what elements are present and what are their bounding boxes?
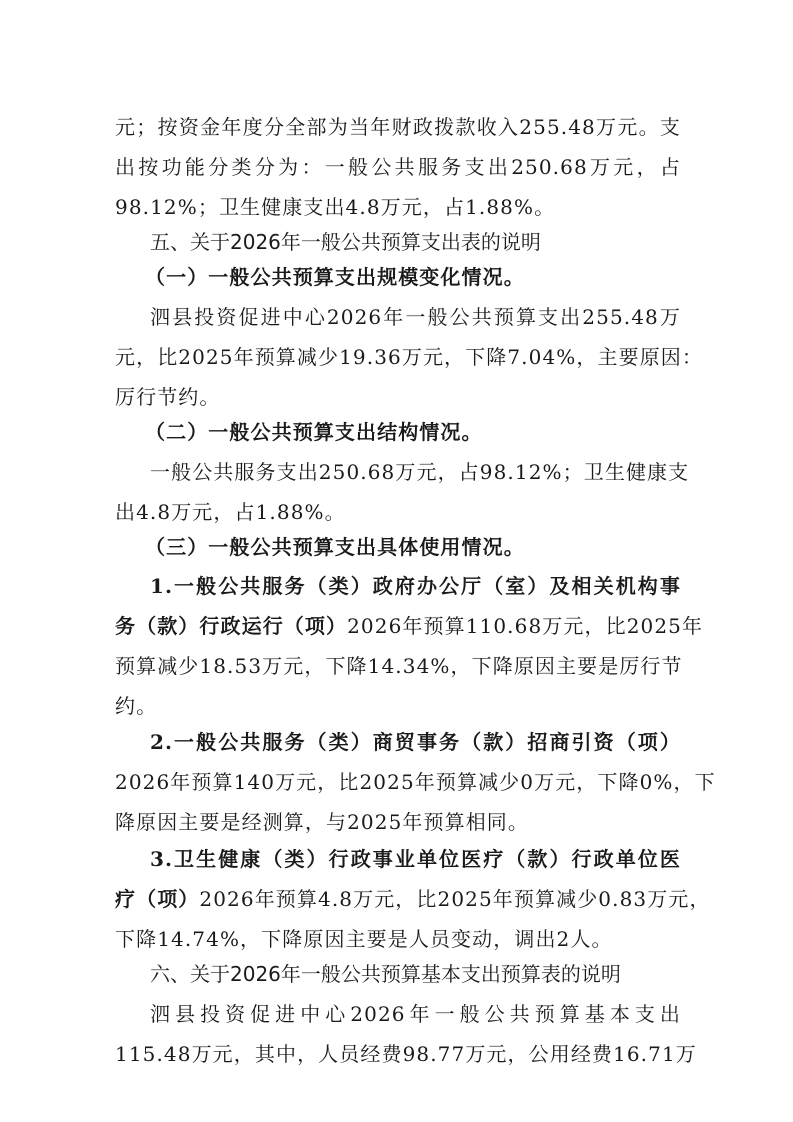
paragraph-line: 降原因主要是经测算，与2025年预算相同。 xyxy=(115,808,681,836)
paragraph-line: 98.12%；卫生健康支出4.8万元，占1.88%。 xyxy=(115,193,681,221)
paragraph-line: 下降14.74%，下降原因主要是人员变动，调出2人。 xyxy=(115,925,681,953)
item-heading-continued: 疗（项） xyxy=(115,887,199,911)
subsection-heading: （一）一般公共预算支出规模变化情况。 xyxy=(145,263,676,291)
item-heading: 2.一般公共服务（类）商贸事务（款）招商引资（项） xyxy=(150,728,681,756)
item-heading: 3.卫生健康（类）行政事业单位医疗（款）行政单位医 xyxy=(150,845,681,873)
item-heading: 1.一般公共服务（类）政府办公厅（室）及相关机构事 xyxy=(150,572,681,600)
paragraph-line: 元，比2025年预算减少19.36万元，下降7.04%，主要原因： xyxy=(115,343,681,371)
paragraph-line: 元；按资金年度分全部为当年财政拨款收入255.48万元。支 xyxy=(115,113,681,141)
paragraph-line: 约。 xyxy=(115,692,681,720)
item-text: 2026年预算110.68万元，比2025年 xyxy=(347,614,703,638)
subsection-heading: （二）一般公共预算支出结构情况。 xyxy=(145,418,676,446)
section-heading: 六、关于2026年一般公共预算基本支出预算表的说明 xyxy=(150,960,681,988)
document-page: 元；按资金年度分全部为当年财政拨款收入255.48万元。支 出按功能分类分为：一… xyxy=(0,0,793,1122)
paragraph-line: 2026年预算140万元，比2025年预算减少0万元，下降0%，下 xyxy=(115,768,681,796)
paragraph-line: 厉行节约。 xyxy=(115,383,681,411)
item-text: 2026年预算4.8万元，比2025年预算减少0.83万元， xyxy=(199,887,710,911)
paragraph-line: 务（款）行政运行（项）2026年预算110.68万元，比2025年 xyxy=(115,612,681,640)
paragraph-line: 一般公共服务支出250.68万元，占98.12%；卫生健康支 xyxy=(150,458,681,486)
paragraph-line: 预算减少18.53万元，下降14.34%，下降原因主要是厉行节 xyxy=(115,652,681,680)
item-heading-continued: 务（款）行政运行（项） xyxy=(115,614,347,638)
paragraph-line: 115.48万元，其中，人员经费98.77万元，公用经费16.71万 xyxy=(115,1040,681,1068)
subsection-heading: （三）一般公共预算支出具体使用情况。 xyxy=(145,533,676,561)
paragraph-line: 出按功能分类分为：一般公共服务支出250.68万元，占 xyxy=(115,153,681,181)
paragraph-line: 泗县投资促进中心2026年一般公共预算基本支出 xyxy=(150,1000,681,1028)
paragraph-line: 出4.8万元，占1.88%。 xyxy=(115,498,681,526)
section-heading: 五、关于2026年一般公共预算支出表的说明 xyxy=(150,228,681,256)
paragraph-line: 泗县投资促进中心2026年一般公共预算支出255.48万 xyxy=(150,303,681,331)
paragraph-line: 疗（项）2026年预算4.8万元，比2025年预算减少0.83万元， xyxy=(115,885,681,913)
